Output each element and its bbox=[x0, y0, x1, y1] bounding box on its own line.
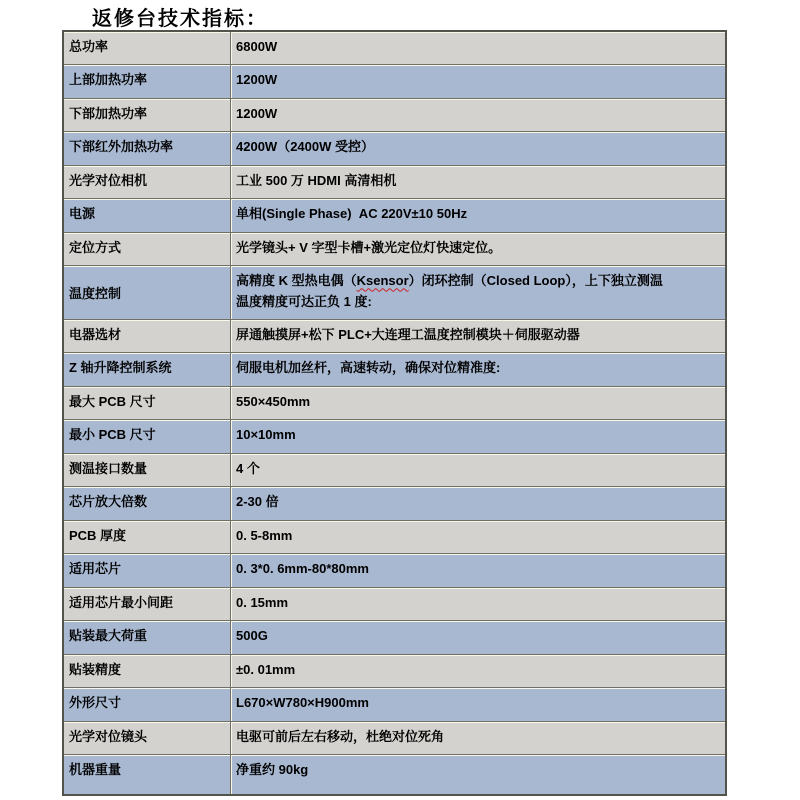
spec-value: 0. 5-8mm bbox=[231, 520, 727, 553]
spec-row: 电源 单相(Single Phase) AC 220V±10 50Hz bbox=[63, 198, 726, 232]
spec-value: 0. 15mm bbox=[231, 587, 727, 620]
spec-row: 芯片放大倍数 2-30 倍 bbox=[63, 486, 726, 520]
spec-label: Z 轴升降控制系统 bbox=[63, 352, 231, 386]
spec-label: 定位方式 bbox=[63, 232, 231, 265]
spec-value: 电驱可前后左右移动，杜绝对位死角 bbox=[231, 721, 727, 754]
spec-table: 总功率 6800W 上部加热功率 1200W 下部加热功率 1200W 下部红外… bbox=[62, 30, 727, 796]
spec-row: 光学对位相机 工业 500 万 HDMI 高清相机 bbox=[63, 165, 726, 198]
spec-label: 外形尺寸 bbox=[63, 687, 231, 721]
spec-row: 总功率 6800W bbox=[63, 31, 726, 64]
spec-label: 机器重量 bbox=[63, 754, 231, 795]
spec-value: 500G bbox=[231, 620, 727, 654]
spec-label: 最小 PCB 尺寸 bbox=[63, 419, 231, 453]
spec-row: 适用芯片 0. 3*0. 6mm-80*80mm bbox=[63, 553, 726, 587]
spec-value: 净重约 90kg bbox=[231, 754, 727, 795]
spec-label: 芯片放大倍数 bbox=[63, 486, 231, 520]
spec-value: 伺服电机加丝杆，高速转动，确保对位精准度: bbox=[231, 352, 727, 386]
spellcheck-underline: Ksensor bbox=[357, 273, 409, 288]
spec-row: 下部加热功率 1200W bbox=[63, 98, 726, 131]
spec-label: 下部红外加热功率 bbox=[63, 131, 231, 165]
spec-value: 1200W bbox=[231, 98, 727, 131]
spec-label: 电源 bbox=[63, 198, 231, 232]
spec-row: 定位方式 光学镜头+ V 字型卡槽+激光定位灯快速定位。 bbox=[63, 232, 726, 265]
spec-value: ±0. 01mm bbox=[231, 654, 727, 687]
spec-label: 光学对位镜头 bbox=[63, 721, 231, 754]
spec-value: 0. 3*0. 6mm-80*80mm bbox=[231, 553, 727, 587]
spec-sheet-page: 返修台技术指标： 总功率 6800W 上部加热功率 1200W 下部加热功率 1… bbox=[0, 0, 800, 800]
spec-value: 4 个 bbox=[231, 453, 727, 486]
spec-value: L670×W780×H900mm bbox=[231, 687, 727, 721]
spec-label: 上部加热功率 bbox=[63, 64, 231, 98]
spec-label: PCB 厚度 bbox=[63, 520, 231, 553]
spec-value: 1200W bbox=[231, 64, 727, 98]
spec-row: 机器重量 净重约 90kg bbox=[63, 754, 726, 795]
spec-label: 电器选材 bbox=[63, 319, 231, 352]
spec-label: 温度控制 bbox=[63, 265, 231, 319]
spec-value-text: 高精度 K 型热电偶（ bbox=[236, 273, 357, 288]
spec-row: 最大 PCB 尺寸 550×450mm bbox=[63, 386, 726, 419]
spec-label: 测温接口数量 bbox=[63, 453, 231, 486]
spec-label: 贴装精度 bbox=[63, 654, 231, 687]
spec-row: PCB 厚度 0. 5-8mm bbox=[63, 520, 726, 553]
spec-value: 单相(Single Phase) AC 220V±10 50Hz bbox=[231, 198, 727, 232]
spec-row: 上部加热功率 1200W bbox=[63, 64, 726, 98]
spec-row: 测温接口数量 4 个 bbox=[63, 453, 726, 486]
spec-label: 贴装最大荷重 bbox=[63, 620, 231, 654]
spec-row: 适用芯片最小间距 0. 15mm bbox=[63, 587, 726, 620]
spec-value-text: ）闭环控制（Closed Loop），上下独立测温 bbox=[409, 273, 663, 288]
spec-value: 工业 500 万 HDMI 高清相机 bbox=[231, 165, 727, 198]
spec-row: Z 轴升降控制系统 伺服电机加丝杆，高速转动，确保对位精准度: bbox=[63, 352, 726, 386]
spec-row: 外形尺寸 L670×W780×H900mm bbox=[63, 687, 726, 721]
spec-value: 6800W bbox=[231, 31, 727, 64]
spec-row: 贴装精度 ±0. 01mm bbox=[63, 654, 726, 687]
spec-value: 4200W（2400W 受控） bbox=[231, 131, 727, 165]
spec-label: 下部加热功率 bbox=[63, 98, 231, 131]
spec-value-line2: 温度精度可达正负 1 度: bbox=[236, 291, 721, 312]
spec-row-temperature-control: 温度控制 高精度 K 型热电偶（Ksensor）闭环控制（Closed Loop… bbox=[63, 265, 726, 319]
spec-value: 光学镜头+ V 字型卡槽+激光定位灯快速定位。 bbox=[231, 232, 727, 265]
spec-value: 屏通触摸屏+松下 PLC+大连理工温度控制模块＋伺服驱动器 bbox=[231, 319, 727, 352]
spec-label: 总功率 bbox=[63, 31, 231, 64]
spec-row: 下部红外加热功率 4200W（2400W 受控） bbox=[63, 131, 726, 165]
spec-value: 2-30 倍 bbox=[231, 486, 727, 520]
spec-row: 贴装最大荷重 500G bbox=[63, 620, 726, 654]
spec-row: 最小 PCB 尺寸 10×10mm bbox=[63, 419, 726, 453]
spec-label: 光学对位相机 bbox=[63, 165, 231, 198]
spec-value: 10×10mm bbox=[231, 419, 727, 453]
spec-label: 最大 PCB 尺寸 bbox=[63, 386, 231, 419]
spec-label: 适用芯片 bbox=[63, 553, 231, 587]
spec-value: 高精度 K 型热电偶（Ksensor）闭环控制（Closed Loop），上下独… bbox=[231, 265, 727, 319]
page-title: 返修台技术指标： bbox=[92, 2, 268, 31]
spec-row: 电器选材 屏通触摸屏+松下 PLC+大连理工温度控制模块＋伺服驱动器 bbox=[63, 319, 726, 352]
spec-value: 550×450mm bbox=[231, 386, 727, 419]
spec-label: 适用芯片最小间距 bbox=[63, 587, 231, 620]
spec-row: 光学对位镜头 电驱可前后左右移动，杜绝对位死角 bbox=[63, 721, 726, 754]
